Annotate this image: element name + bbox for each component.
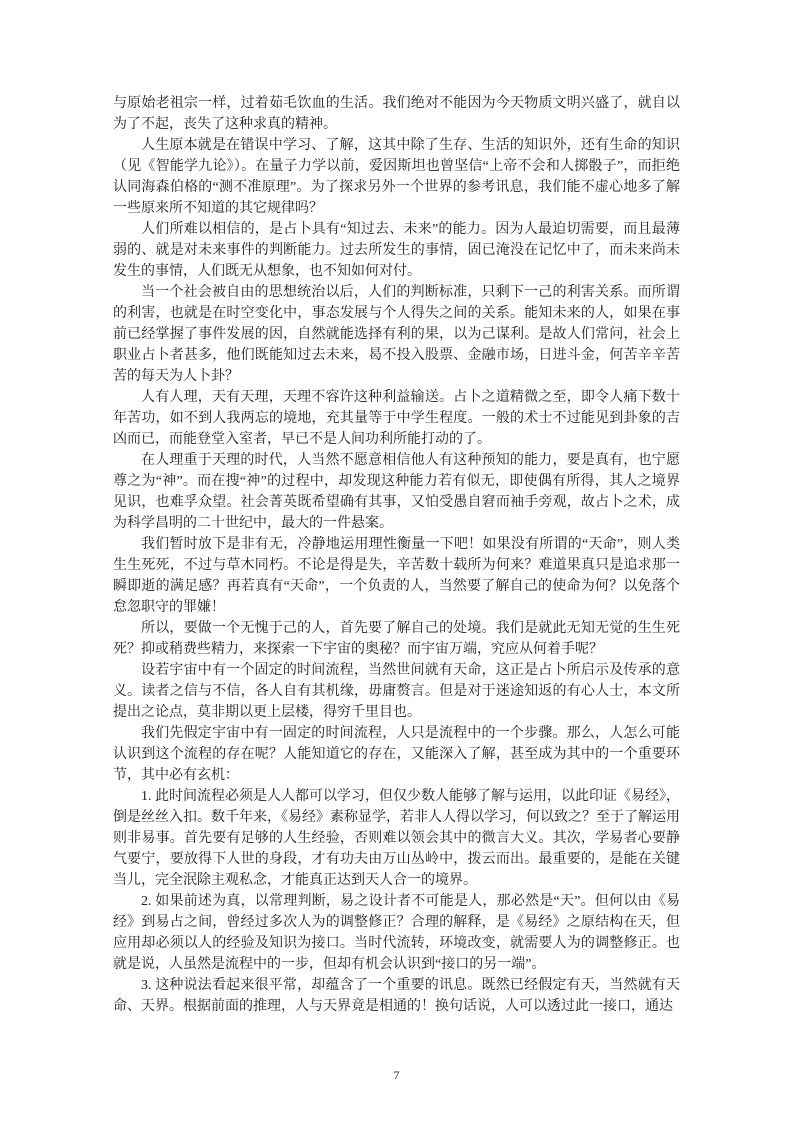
paragraph: 人们所难以相信的，是占卜具有“知过去、未来”的能力。因为人最迫切需要，而且最薄弱… xyxy=(113,219,680,282)
page-footer: 7 xyxy=(0,1067,793,1083)
page-body-text: 与原始老祖宗一样，过着茹毛饮血的生活。我们绝对不能因为今天物质文明兴盛了，就自以… xyxy=(113,93,680,1017)
paragraph: 1. 此时间流程必须是人人都可以学习，但仅少数人能够了解与运用，以此印证《易经》… xyxy=(113,786,680,891)
paragraph: 人生原本就是在错误中学习、了解，这其中除了生存、生活的知识外，还有生命的知识（见… xyxy=(113,135,680,219)
paragraph: 我们暂时放下是非有无，冷静地运用理性衡量一下吧！如果没有所谓的“天命”，则人类生… xyxy=(113,534,680,618)
paragraph: 当一个社会被自由的思想统治以后，人们的判断标准，只剩下一己的利害关系。而所谓的利… xyxy=(113,282,680,387)
paragraph: 设若宇宙中有一个固定的时间流程，当然世间就有天命，这正是占卜所启示及传承的意义。… xyxy=(113,660,680,723)
document-page: 与原始老祖宗一样，过着茹毛饮血的生活。我们绝对不能因为今天物质文明兴盛了，就自以… xyxy=(0,0,793,1122)
paragraph: 与原始老祖宗一样，过着茹毛饮血的生活。我们绝对不能因为今天物质文明兴盛了，就自以… xyxy=(113,93,680,135)
paragraph: 2. 如果前述为真，以常理判断，易之设计者不可能是人，那必然是“天”。但何以由《… xyxy=(113,891,680,975)
paragraph: 在人理重于天理的时代，人当然不愿意相信他人有这种预知的能力，要是真有，也宁愿尊之… xyxy=(113,450,680,534)
paragraph: 我们先假定宇宙中有一固定的时间流程，人只是流程中的一个步骤。那么，人怎么可能认识… xyxy=(113,723,680,786)
paragraph: 3. 这种说法看起来很平常，却蕴含了一个重要的讯息。既然已经假定有天，当然就有天… xyxy=(113,975,680,1017)
paragraph: 所以，要做一个无愧于己的人，首先要了解自己的处境。我们是就此无知无觉的生生死死？… xyxy=(113,618,680,660)
page-number: 7 xyxy=(394,1068,400,1082)
paragraph: 人有人理，天有天理，天理不容许这种利益输送。占卜之道精微之至，即令人痛下数十年苦… xyxy=(113,387,680,450)
